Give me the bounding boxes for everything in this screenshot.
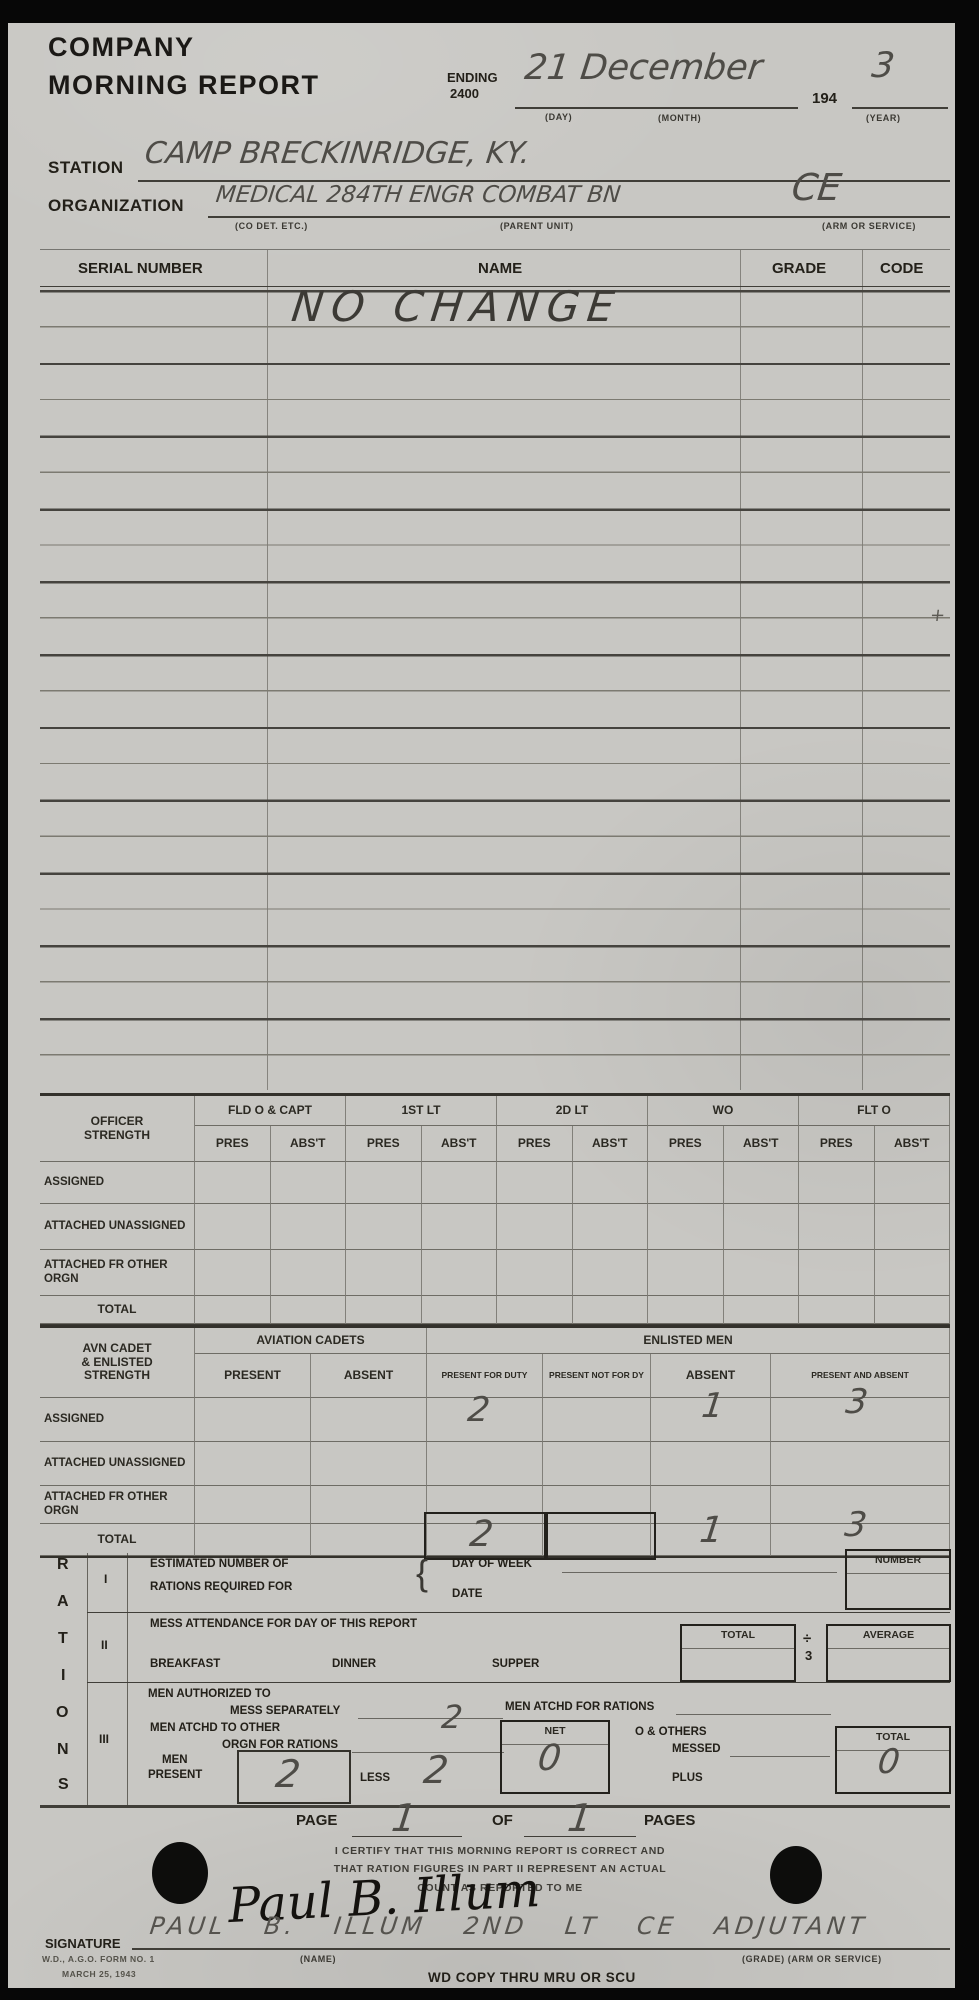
empty-table-cell: [573, 1296, 649, 1324]
empty-table-cell: [271, 1204, 347, 1250]
mess-total-rule: [682, 1648, 794, 1649]
grade-arm-caption: (GRADE) (ARM OR SERVICE): [742, 1954, 882, 1964]
empty-table-cell: [195, 1204, 271, 1250]
empty-table-cell: [497, 1162, 573, 1204]
enlisted-row-header: AVN CADET & ENLISTED STRENGTH: [40, 1328, 195, 1398]
net-label: NET: [502, 1725, 608, 1737]
officer-sub-pres: PRES: [799, 1126, 875, 1162]
empty-table-cell: [799, 1204, 875, 1250]
roster-col-name: NAME: [478, 260, 522, 277]
date-rule: [515, 107, 798, 109]
station-handwritten: CAMP BRECKINRIDGE, KY.: [143, 136, 532, 171]
date-label: DATE: [452, 1588, 482, 1600]
year-caption: (YEAR): [866, 113, 901, 123]
empty-table-cell: [311, 1398, 427, 1442]
ending-label: ENDING: [447, 70, 498, 85]
officer-sub-pres: PRES: [497, 1126, 573, 1162]
certification-line1: I CERTIFY THAT THIS MORNING REPORT IS CO…: [290, 1842, 710, 1860]
officer-group-fldo: FLD O & CAPT: [195, 1096, 346, 1126]
empty-table-cell: [799, 1250, 875, 1296]
empty-table-cell: [875, 1204, 951, 1250]
average-box: AVERAGE: [826, 1624, 951, 1682]
year-prefix: 194: [812, 90, 837, 107]
roster-blank-lines: [40, 290, 950, 1090]
rations-letter-i: I: [61, 1667, 65, 1685]
form-number-line2: MARCH 25, 1943: [62, 1969, 136, 1979]
rations-letter-s: S: [58, 1776, 69, 1794]
empty-table-cell: [573, 1162, 649, 1204]
signature-rule: [132, 1948, 950, 1950]
men-present-line2: PRESENT: [148, 1769, 202, 1781]
empty-table-cell: [651, 1442, 771, 1486]
rations-rule-1: [87, 1612, 950, 1613]
rations-bottom-rule: [40, 1805, 950, 1808]
men-authorized-line2: MESS SEPARATELY: [230, 1705, 340, 1717]
scanned-morning-report: COMPANY MORNING REPORT ENDING 2400 21 De…: [0, 0, 979, 2000]
empty-table-cell: [497, 1296, 573, 1324]
empty-table-cell: [648, 1296, 724, 1324]
roster-col-serial: SERIAL NUMBER: [78, 260, 203, 277]
empty-table-cell: [497, 1204, 573, 1250]
empty-table-cell: [195, 1250, 271, 1296]
empty-table-cell: [648, 1204, 724, 1250]
mess-separately-rule: [358, 1718, 503, 1719]
empty-table-cell: [875, 1162, 951, 1204]
officer-sub-abst: ABS'T: [422, 1126, 498, 1162]
officer-sub-abst: ABS'T: [271, 1126, 347, 1162]
officer-row-total: TOTAL: [40, 1296, 195, 1324]
no-change-entry: NO CHANGE: [289, 282, 625, 331]
mess-total-box: TOTAL: [680, 1624, 796, 1682]
enlisted-label-2: & ENLISTED: [81, 1356, 152, 1370]
form-title-line2: MORNING REPORT: [48, 70, 320, 101]
empty-table-cell: [573, 1204, 649, 1250]
breakfast-label: BREAKFAST: [150, 1658, 220, 1670]
officer-label-1: OFFICER: [91, 1115, 144, 1129]
men-atchd-for-rations: MEN ATCHD FOR RATIONS: [505, 1701, 654, 1713]
rations-letter-t: T: [58, 1630, 68, 1648]
number-box: NUMBER: [845, 1549, 951, 1610]
rations-rule-2: [87, 1682, 950, 1683]
organization-label: ORGANIZATION: [48, 196, 184, 216]
organization-rule: [208, 216, 950, 218]
empty-table-cell: [875, 1250, 951, 1296]
divide-sign: ÷: [803, 1630, 811, 1647]
day-of-week-rule: [562, 1572, 837, 1573]
enlisted-label-3: STRENGTH: [84, 1369, 150, 1383]
enlisted-row-assigned: ASSIGNED: [40, 1398, 195, 1442]
empty-table-cell: [422, 1296, 498, 1324]
empty-table-cell: [346, 1250, 422, 1296]
punch-hole-left: [152, 1842, 208, 1904]
average-label: AVERAGE: [828, 1629, 949, 1641]
arm-service-handwritten: CE: [789, 166, 843, 209]
empty-table-cell: [195, 1162, 271, 1204]
empty-table-cell: [799, 1296, 875, 1324]
roster-col-code: CODE: [880, 260, 923, 277]
parent-unit-caption: (PARENT UNIT): [500, 221, 574, 231]
empty-table-cell: [195, 1296, 271, 1324]
enlisted-row-total: TOTAL: [40, 1524, 195, 1556]
rations-divider-numerals: [127, 1553, 128, 1805]
empty-table-cell: [311, 1442, 427, 1486]
col-cadets-absent: ABSENT: [311, 1354, 427, 1398]
officer-row-header: OFFICER STRENGTH: [40, 1096, 195, 1162]
plus-label: PLUS: [672, 1772, 703, 1784]
rations-letter-n: N: [57, 1741, 69, 1759]
officer-sub-abst: ABS'T: [573, 1126, 649, 1162]
rations-divider-letters: [87, 1553, 88, 1805]
empty-table-cell: [311, 1524, 427, 1556]
mess-attendance-label: MESS ATTENDANCE FOR DAY OF THIS REPORT: [150, 1618, 417, 1630]
empty-table-cell: [346, 1296, 422, 1324]
roster-top-rule: [40, 249, 950, 250]
officer-sub-pres: PRES: [195, 1126, 271, 1162]
empty-table-cell: [724, 1250, 800, 1296]
empty-table-cell: [724, 1162, 800, 1204]
col-present-not-for-dy: PRESENT NOT FOR DY: [543, 1354, 651, 1398]
empty-table-cell: [724, 1204, 800, 1250]
of-label: OF: [492, 1812, 513, 1829]
empty-table-cell: [497, 1250, 573, 1296]
brace-glyph: {: [416, 1552, 428, 1594]
roster-col-grade: GRADE: [772, 260, 826, 277]
punch-hole-right: [770, 1846, 822, 1904]
men-authorized-line1: MEN AUTHORIZED TO: [148, 1688, 271, 1700]
empty-table-cell: [311, 1486, 427, 1524]
date-handwritten: 21 December: [523, 48, 765, 88]
empty-table-cell: [648, 1162, 724, 1204]
rations-letter-o: O: [56, 1704, 68, 1722]
officer-strength-table: OFFICER STRENGTH FLD O & CAPT 1ST LT 2D …: [40, 1093, 950, 1326]
officer-label-2: STRENGTH: [84, 1129, 150, 1143]
station-label: STATION: [48, 158, 124, 178]
month-caption: (MONTH): [658, 113, 701, 123]
men-present-line1: MEN: [162, 1754, 188, 1766]
empty-table-cell: [271, 1250, 347, 1296]
empty-table-cell: [346, 1162, 422, 1204]
empty-table-cell: [195, 1442, 311, 1486]
form-number-line1: W.D., A.G.O. FORM NO. 1: [42, 1954, 155, 1964]
men-atchd-rule: [676, 1714, 831, 1715]
empty-table-cell: [346, 1204, 422, 1250]
officer-row-attached-unassigned: ATTACHED UNASSIGNED: [40, 1204, 195, 1250]
empty-table-cell: [648, 1250, 724, 1296]
unit-caption: (CO DET. ETC.): [235, 221, 308, 231]
officer-sub-abst: ABS'T: [875, 1126, 951, 1162]
ending-time: 2400: [450, 86, 479, 101]
officer-row-assigned: ASSIGNED: [40, 1162, 195, 1204]
o-and-others-line2: MESSED: [672, 1743, 721, 1755]
signature-printed: PAUL B. ILLUM 2ND LT CE ADJUTANT: [148, 1912, 869, 1940]
day-of-week-label: DAY OF WEEK: [452, 1558, 532, 1570]
organization-handwritten: MEDICAL 284TH ENGR COMBAT BN: [214, 182, 622, 208]
men-atchd-other-line1: MEN ATCHD TO OTHER: [150, 1722, 280, 1734]
number-box-label: NUMBER: [847, 1554, 949, 1566]
officer-sub-pres: PRES: [648, 1126, 724, 1162]
officer-sub-pres: PRES: [346, 1126, 422, 1162]
numeral-ii: II: [101, 1638, 108, 1652]
empty-table-cell: [271, 1162, 347, 1204]
dinner-label: DINNER: [332, 1658, 376, 1670]
stray-pencil-mark: +: [929, 605, 947, 626]
empty-table-cell: [195, 1398, 311, 1442]
officer-group-wo: WO: [648, 1096, 799, 1126]
numeral-i: I: [104, 1572, 107, 1586]
page-label: PAGE: [296, 1812, 337, 1829]
form-title-line1: COMPANY: [48, 32, 195, 63]
empty-table-cell: [195, 1486, 311, 1524]
officer-row-attached-fr: ATTACHED FR OTHER ORGN: [40, 1250, 195, 1296]
officer-group-flto: FLT O: [799, 1096, 950, 1126]
empty-table-cell: [422, 1204, 498, 1250]
enlisted-row-attached-fr: ATTACHED FR OTHER ORGN: [40, 1486, 195, 1524]
number-box-rule: [847, 1573, 949, 1574]
name-caption: (NAME): [300, 1954, 336, 1964]
pages-label: PAGES: [644, 1812, 695, 1829]
empty-table-cell: [271, 1296, 347, 1324]
rations-letter-r: R: [57, 1556, 69, 1574]
enlisted-row-attached-unassigned: ATTACHED UNASSIGNED: [40, 1442, 195, 1486]
distribution-line: WD COPY THRU MRU OR SCU: [428, 1970, 636, 1985]
day-caption: (DAY): [545, 112, 572, 122]
officer-group-1stlt: 1ST LT: [346, 1096, 497, 1126]
empty-table-cell: [422, 1250, 498, 1296]
empty-table-cell: [799, 1162, 875, 1204]
less-label: LESS: [360, 1772, 390, 1784]
empty-table-cell: [573, 1250, 649, 1296]
supper-label: SUPPER: [492, 1658, 539, 1670]
year-rule: [852, 107, 948, 109]
enlisted-label-1: AVN CADET: [82, 1342, 151, 1356]
o-and-others-line1: O & OTHERS: [635, 1726, 707, 1738]
group-aviation-cadets: AVIATION CADETS: [195, 1328, 427, 1354]
empty-table-cell: [724, 1296, 800, 1324]
arm-service-caption: (ARM OR SERVICE): [822, 221, 916, 231]
empty-table-cell: [427, 1442, 543, 1486]
empty-table-cell: [543, 1398, 651, 1442]
empty-table-cell: [543, 1442, 651, 1486]
divisor: 3: [805, 1648, 812, 1663]
group-enlisted-men: ENLISTED MEN: [427, 1328, 950, 1354]
rations-letter-a: A: [57, 1593, 69, 1611]
numeral-iii: III: [99, 1732, 109, 1746]
total-present-not-for-dy-box: [546, 1512, 656, 1560]
messed-rule: [730, 1756, 830, 1757]
empty-table-cell: [875, 1296, 951, 1324]
mess-total-label: TOTAL: [682, 1629, 794, 1641]
empty-table-cell: [195, 1524, 311, 1556]
col-cadets-present: PRESENT: [195, 1354, 311, 1398]
est-rations-line2: RATIONS REQUIRED FOR: [150, 1581, 292, 1593]
signature-label: SIGNATURE: [45, 1936, 121, 1951]
empty-table-cell: [422, 1162, 498, 1204]
officer-group-2dlt: 2D LT: [497, 1096, 648, 1126]
average-rule: [828, 1648, 949, 1649]
officer-sub-abst: ABS'T: [724, 1126, 800, 1162]
empty-table-cell: [771, 1442, 950, 1486]
est-rations-line1: ESTIMATED NUMBER OF: [150, 1558, 288, 1570]
